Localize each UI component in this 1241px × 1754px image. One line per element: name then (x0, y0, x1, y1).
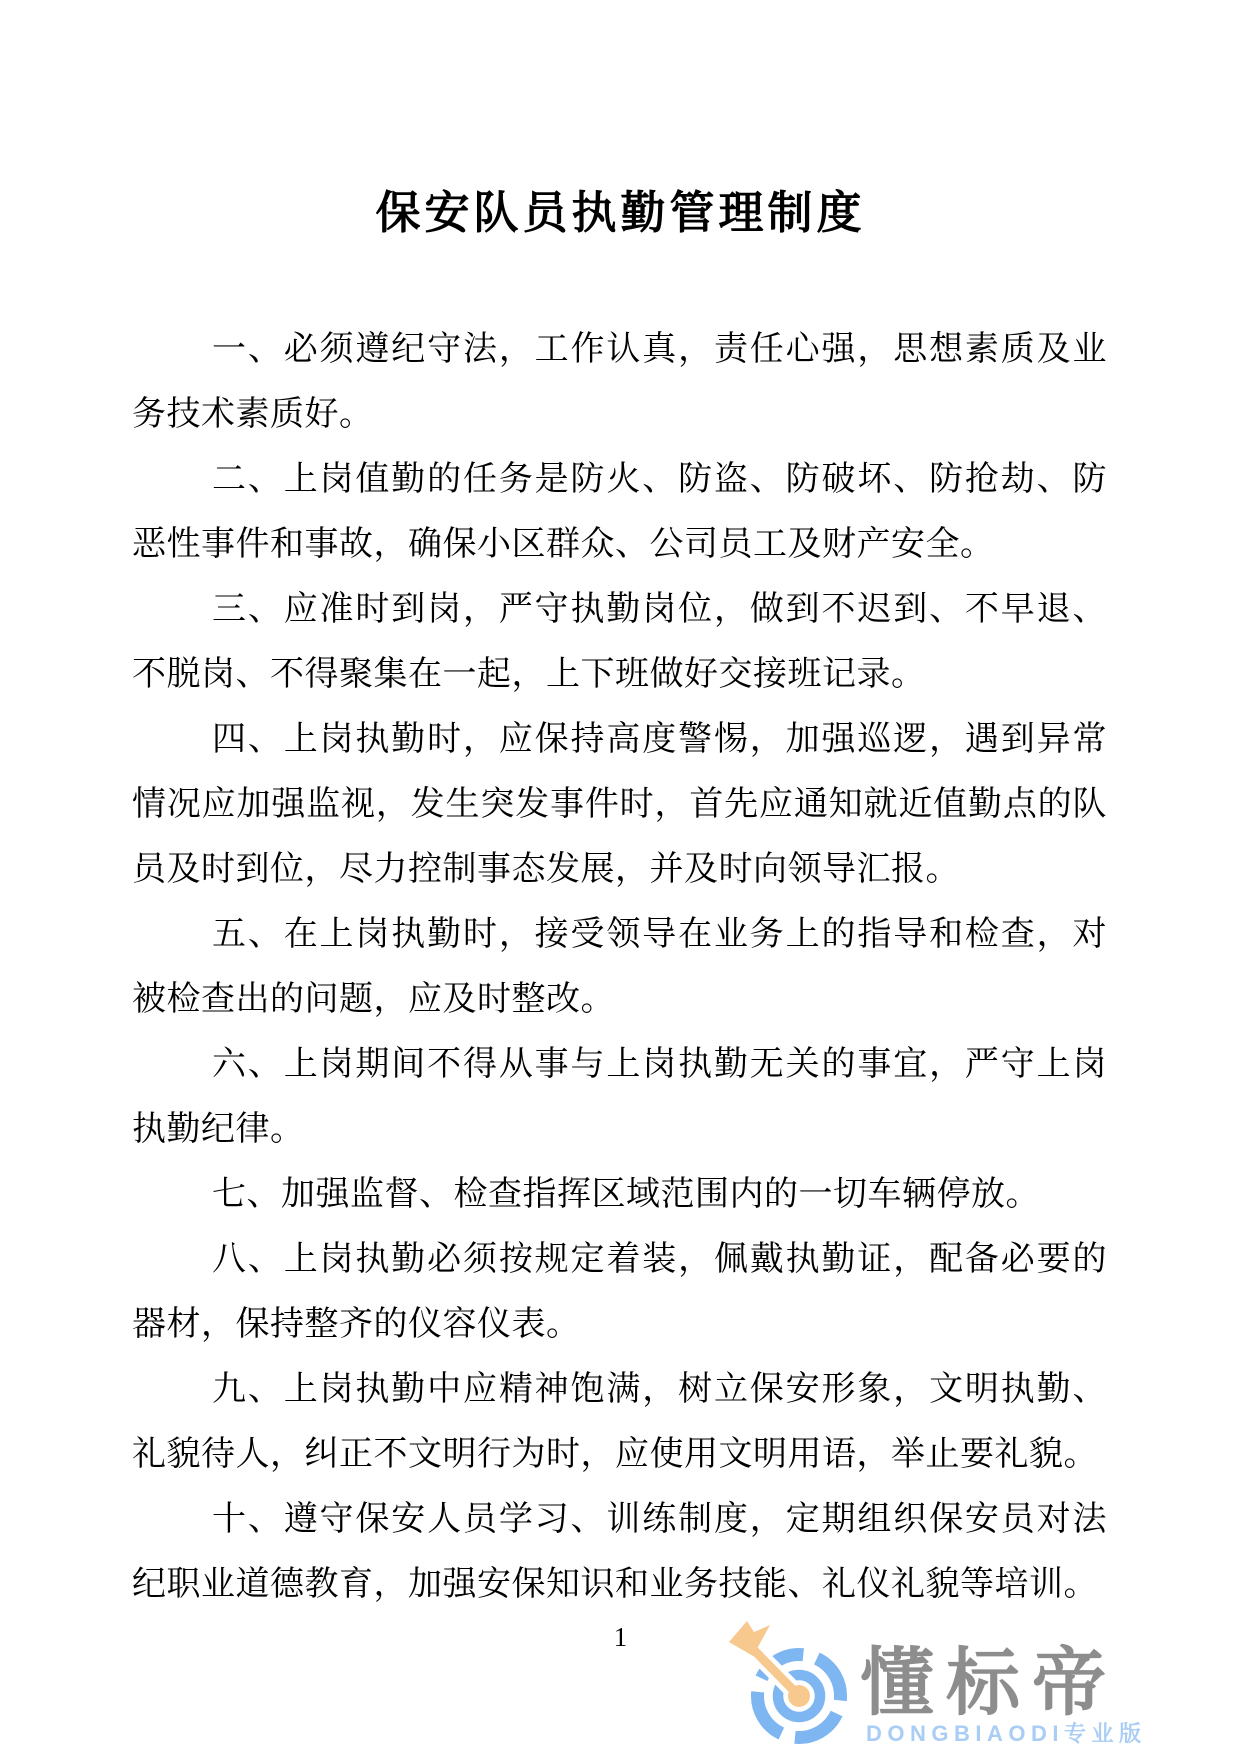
watermark-brand-text: 懂标帝 (860, 1646, 1118, 1720)
page-number: 1 (614, 1622, 628, 1652)
document-body: 一、必须遵纪守法，工作认真，责任心强，思想素质及业务技术素质好。 二、上岗值勤的… (132, 317, 1107, 1617)
paragraph-5: 五、在上岗执勤时，接受领导在业务上的指导和检查，对被检查出的问题，应及时整改。 (132, 902, 1107, 1032)
watermark-subtitle-text: DONGBIAODI专业版 (866, 1722, 1147, 1746)
paragraph-10: 十、遵守保安人员学习、训练制度，定期组织保安员对法纪职业道德教育，加强安保知识和… (132, 1487, 1107, 1617)
paragraph-9: 九、上岗执勤中应精神饱满，树立保安形象，文明执勤、礼貌待人，纠正不文明行为时，应… (132, 1357, 1107, 1487)
document-page: 保安队员执勤管理制度 一、必须遵纪守法，工作认真，责任心强，思想素质及业务技术素… (0, 0, 1241, 1754)
paragraph-8: 八、上岗执勤必须按规定着装，佩戴执勤证，配备必要的器材，保持整齐的仪容仪表。 (132, 1227, 1107, 1357)
paragraph-4: 四、上岗执勤时，应保持高度警惕，加强巡逻，遇到异常情况应加强监视，发生突发事件时… (132, 707, 1107, 902)
paragraph-1: 一、必须遵纪守法，工作认真，责任心强，思想素质及业务技术素质好。 (132, 317, 1107, 447)
document-title: 保安队员执勤管理制度 (0, 186, 1241, 240)
paragraph-7: 七、加强监督、检查指挥区域范围内的一切车辆停放。 (132, 1162, 1107, 1227)
paragraph-3: 三、应准时到岗，严守执勤岗位，做到不迟到、不早退、不脱岗、不得聚集在一起，上下班… (132, 577, 1107, 707)
target-dart-icon (723, 1615, 857, 1754)
paragraph-2: 二、上岗值勤的任务是防火、防盗、防破坏、防抢劫、防恶性事件和事故，确保小区群众、… (132, 447, 1107, 577)
paragraph-6: 六、上岗期间不得从事与上岗执勤无关的事宜，严守上岗执勤纪律。 (132, 1032, 1107, 1162)
